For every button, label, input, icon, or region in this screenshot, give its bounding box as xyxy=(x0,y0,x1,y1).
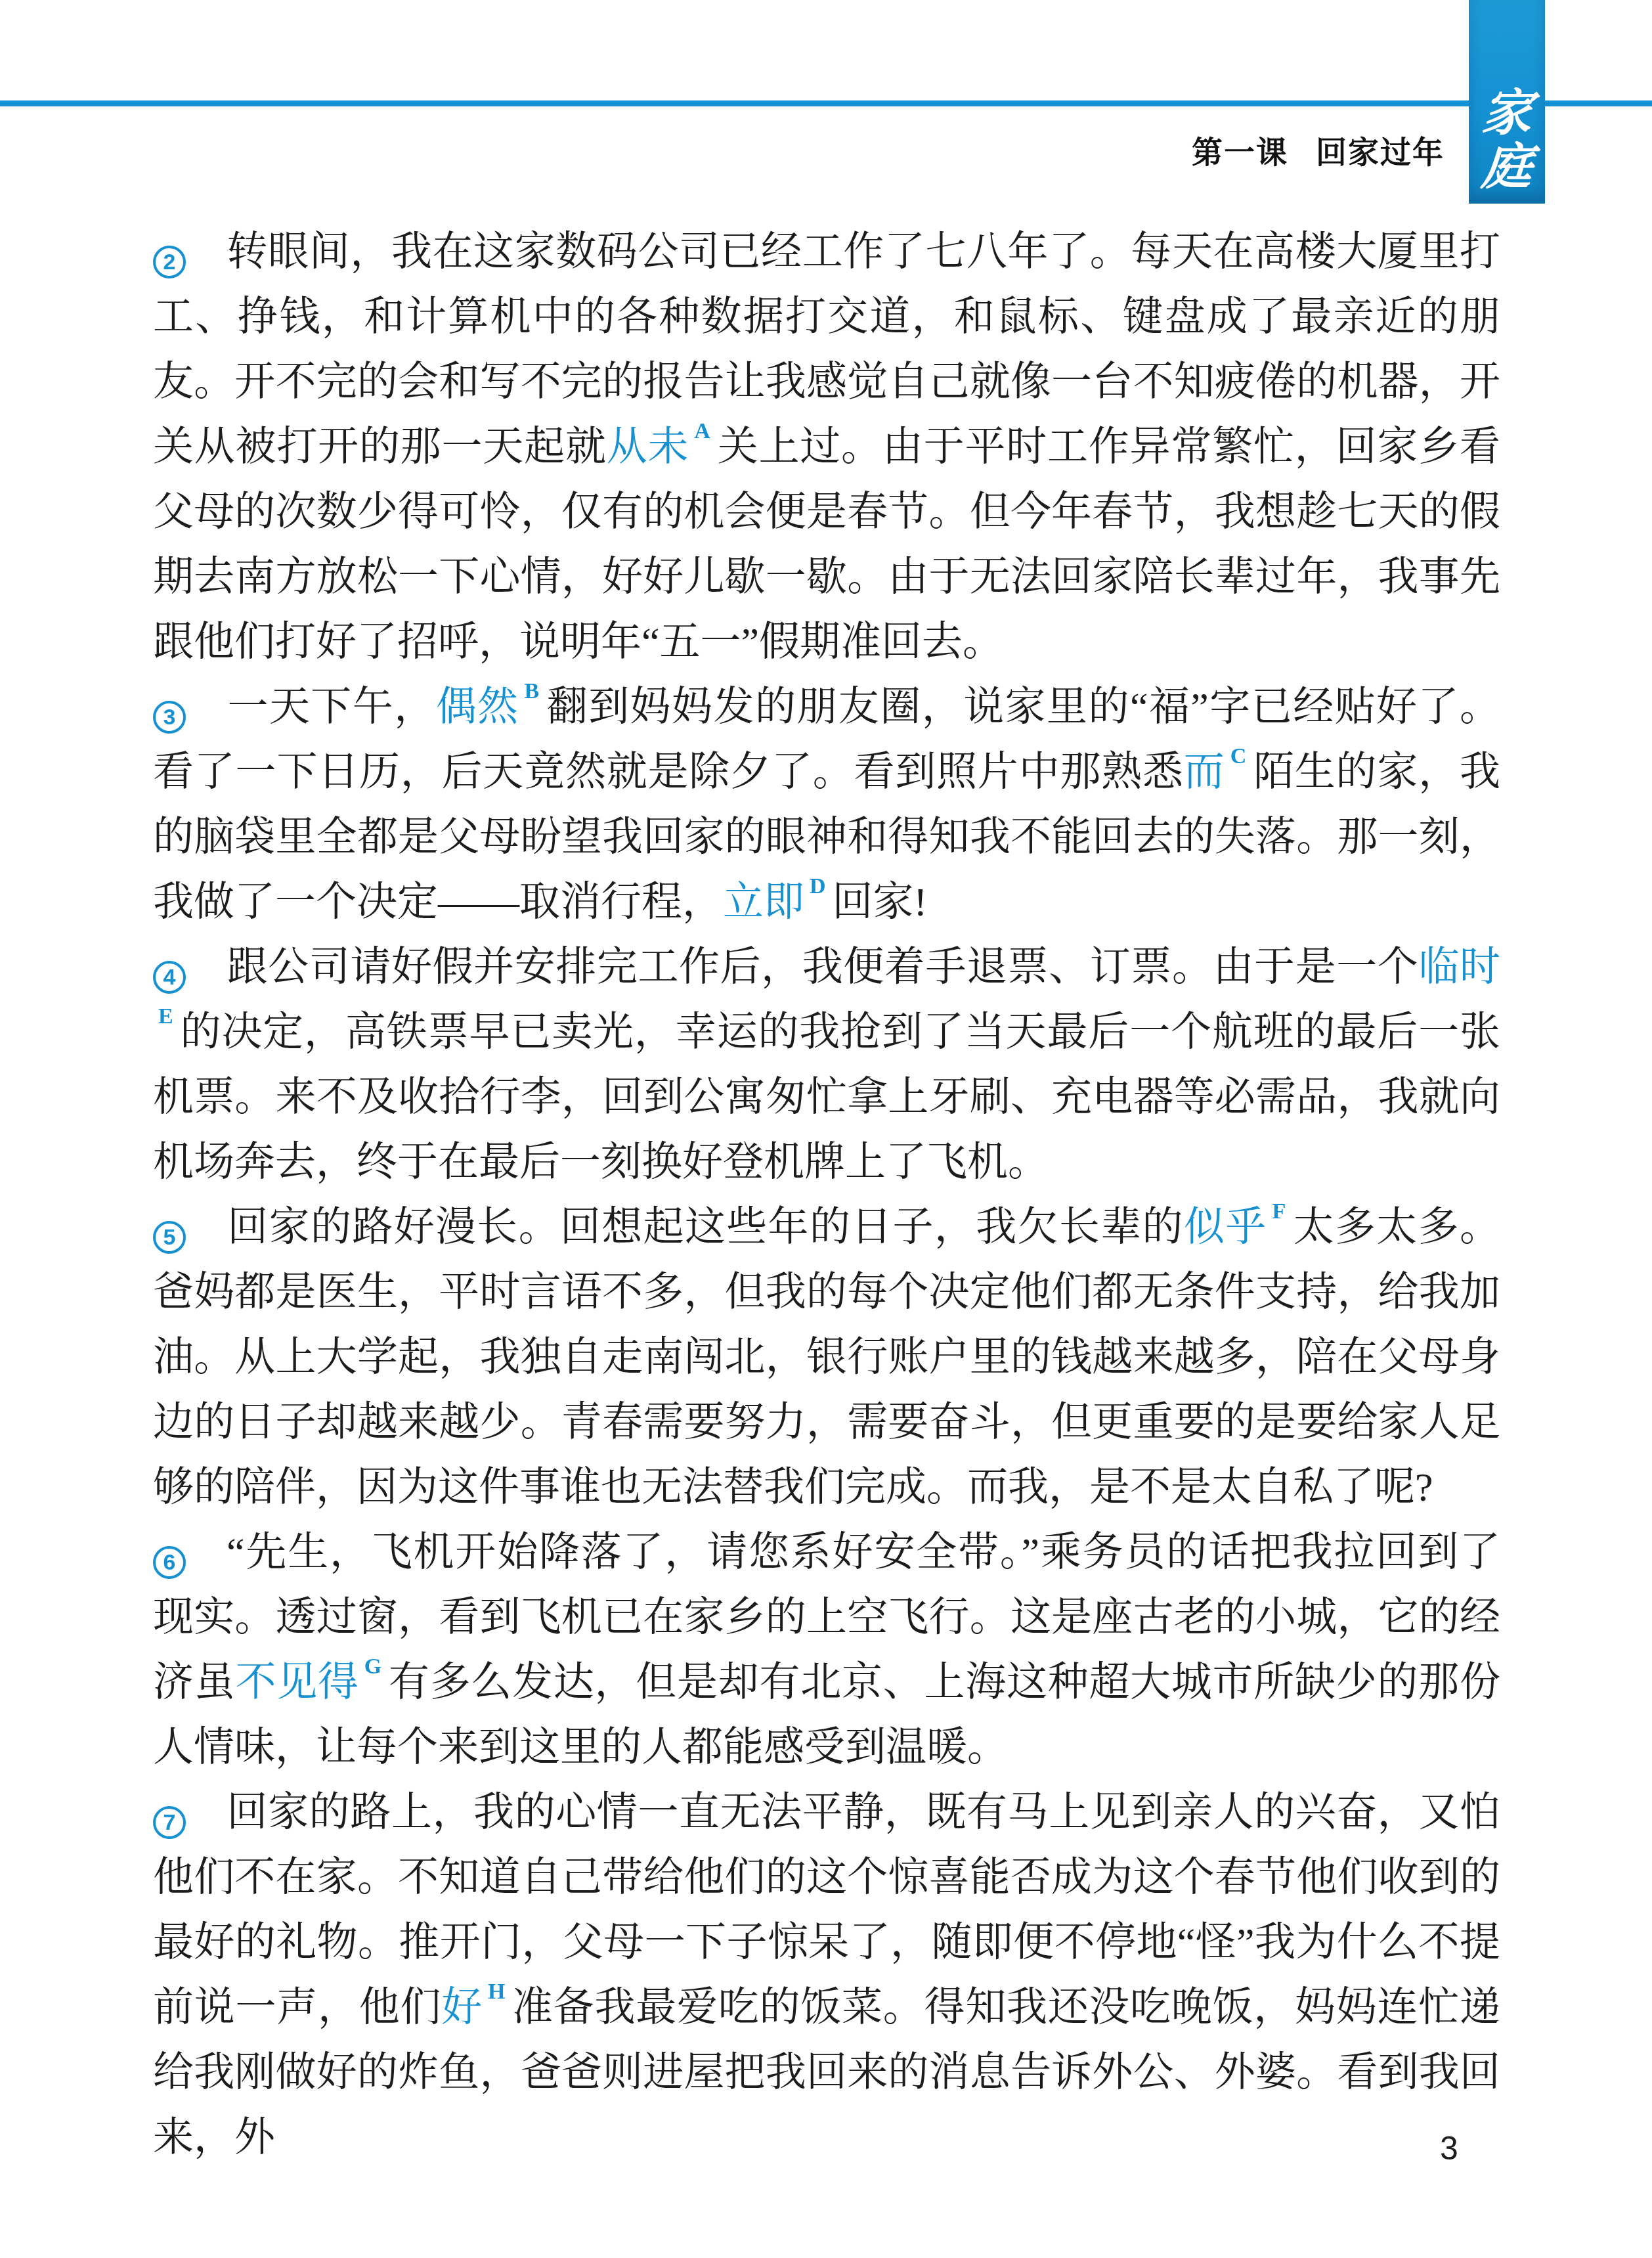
vocab-word: 好 xyxy=(441,1985,483,2030)
vocab-letter: E xyxy=(158,1004,173,1029)
text-run: 回家! xyxy=(833,880,928,925)
text-run: 回家的路好漫长。回想起这些年的日子，我欠长辈的 xyxy=(227,1205,1184,1250)
paragraph: 3一天下午，偶然B翻到妈妈发的朋友圈，说家里的“福”字已经贴好了。看了一下日历，… xyxy=(153,675,1500,935)
paragraph: 2转眼间，我在这家数码公司已经工作了七八年了。每天在高楼大厦里打工、挣钱，和计算… xyxy=(153,220,1500,675)
unit-tab-char-jia: 家 xyxy=(1480,87,1534,141)
vocab-word: 立即 xyxy=(723,880,804,925)
paragraph-number-badge: 5 xyxy=(153,1221,186,1254)
text-run: 跟公司请好假并安排完工作后，我便着手退票、订票。由于是一个 xyxy=(227,945,1418,990)
lesson-text: 2转眼间，我在这家数码公司已经工作了七八年了。每天在高楼大厦里打工、挣钱，和计算… xyxy=(153,220,1500,2171)
vocab-word: 临时 xyxy=(1418,945,1500,990)
vocab-letter: A xyxy=(694,419,710,443)
textbook-page: 第一课回家过年 家 庭 2转眼间，我在这家数码公司已经工作了七八年了。每天在高楼… xyxy=(0,0,1652,2258)
text-run: 的决定，高铁票早已卖光，幸运的我抢到了当天最后一个航班的最后一张机票。来不及收拾… xyxy=(153,1010,1500,1185)
page-number: 3 xyxy=(1440,2129,1458,2167)
chapter-heading: 第一课回家过年 xyxy=(1192,135,1445,169)
paragraph-number-badge: 3 xyxy=(153,701,186,734)
paragraph-number-badge: 2 xyxy=(153,246,186,278)
lesson-label: 第一课 xyxy=(1192,135,1288,169)
paragraph: 7回家的路上，我的心情一直无法平静，既有马上见到亲人的兴奋，又怕他们不在家。不知… xyxy=(153,1781,1500,2171)
vocab-word: 不见得 xyxy=(235,1660,359,1705)
vocab-letter: F xyxy=(1272,1199,1286,1224)
paragraph: 5回家的路好漫长。回想起这些年的日子，我欠长辈的似乎F太多太多。爸妈都是医生，平… xyxy=(153,1195,1500,1520)
vocab-letter: H xyxy=(488,1980,505,2004)
unit-tab-char-ting: 庭 xyxy=(1480,141,1534,194)
paragraph: 4跟公司请好假并安排完工作后，我便着手退票、订票。由于是一个临时E的决定，高铁票… xyxy=(153,935,1500,1195)
paragraph-number-badge: 6 xyxy=(153,1546,186,1579)
paragraph-number-badge: 4 xyxy=(153,961,186,994)
vocab-word: 从未 xyxy=(607,425,689,470)
text-run: 太多太多。爸妈都是医生，平时言语不多，但我的每个决定他们都无条件支持，给我加油。… xyxy=(153,1205,1500,1510)
vocab-letter: G xyxy=(364,1654,381,1679)
unit-tab: 家 庭 xyxy=(1469,0,1545,204)
lesson-title: 回家过年 xyxy=(1316,135,1445,169)
paragraph-number-badge: 7 xyxy=(153,1806,186,1839)
vocab-letter: B xyxy=(525,679,540,703)
vocab-word: 似乎 xyxy=(1184,1205,1267,1250)
vocab-letter: D xyxy=(810,874,826,898)
vocab-word: 偶然 xyxy=(436,685,519,730)
paragraph: 6“先生，飞机开始降落了，请您系好安全带。”乘务员的话把我拉回到了现实。透过窗，… xyxy=(153,1520,1500,1781)
text-run: 一天下午， xyxy=(227,685,436,730)
header-rule xyxy=(0,100,1652,106)
vocab-word: 而 xyxy=(1184,750,1225,795)
vocab-letter: C xyxy=(1230,744,1247,768)
